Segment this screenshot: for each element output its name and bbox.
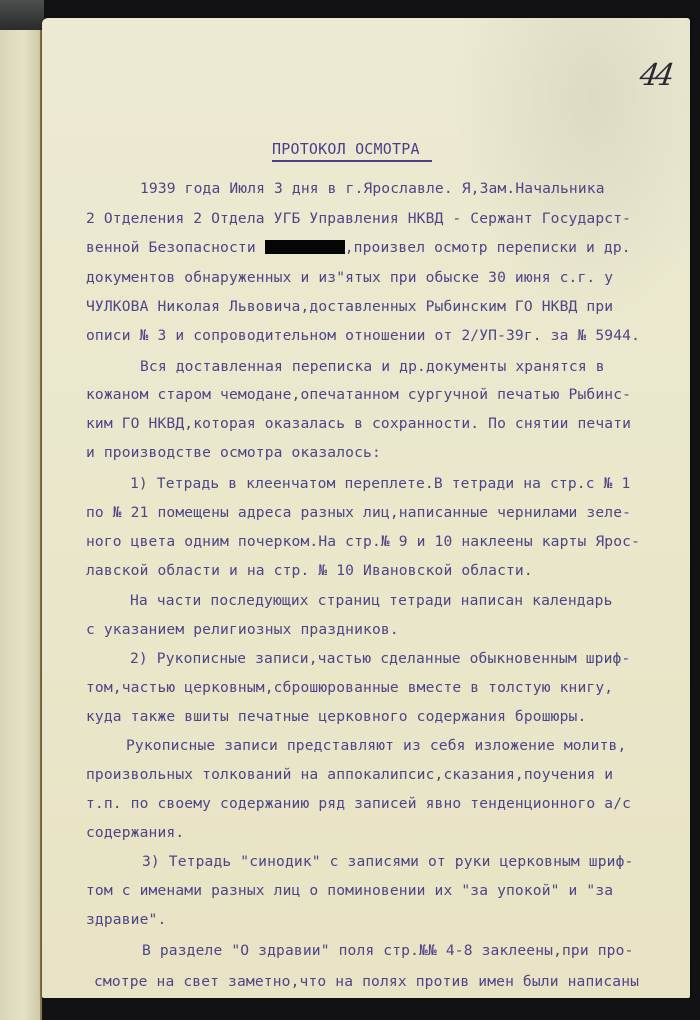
text-line: том,частью церковным,сброшюрованные вмес… — [86, 679, 613, 696]
text-line: лавской области и на стр. № 10 Ивановско… — [86, 562, 533, 579]
text-line: 2) Рукописные записи,частью сделанные об… — [130, 650, 630, 667]
text-line: ЧУЛКОВА Николая Львовича,доставленных Ры… — [86, 298, 613, 315]
folio-number: 44 — [638, 58, 673, 93]
text-line: 2 Отделения 2 Отдела УГБ Управления НКВД… — [86, 210, 631, 227]
redaction-bar — [265, 240, 345, 254]
text-line: здравие". — [86, 911, 166, 928]
text-segment: венной Безопасности — [86, 239, 265, 256]
text-line: куда также вшиты печатные церковного сод… — [86, 708, 586, 725]
text-line: документов обнаруженных и из"ятых при об… — [86, 269, 613, 286]
text-line: содержания. — [86, 824, 184, 841]
text-line: описи № 3 и сопроводительном отношении о… — [86, 327, 640, 344]
text-line: 3) Тетрадь "синодик" с записями от руки … — [142, 853, 634, 870]
text-line: с указанием религиозных праздников. — [86, 621, 399, 638]
text-line: 1939 года Июля 3 дня в г.Ярославле. Я,За… — [140, 180, 605, 197]
document-title: ПРОТОКОЛ ОСМОТРА — [272, 140, 432, 162]
text-line: Вся доставленная переписка и др.документ… — [140, 358, 605, 375]
text-line: В разделе "О здравии" поля стр.№№ 4-8 за… — [142, 942, 634, 959]
text-line: произвольных толкований на аппокалипсис,… — [86, 766, 613, 783]
text-line: по № 21 помещены адреса разных лиц,напис… — [86, 504, 631, 521]
document-page: 44 ПРОТОКОЛ ОСМОТРА 1939 года Июля 3 дня… — [42, 18, 690, 998]
text-line: и производстве осмотра оказалось: — [86, 444, 381, 461]
text-line: том с именами разных лиц о поминовении и… — [86, 882, 613, 899]
text-line: ного цвета одним почерком.На стр.№ 9 и 1… — [86, 533, 640, 550]
binding-corner — [0, 0, 44, 30]
text-line: смотре на свет заметно,что на полях прот… — [94, 973, 639, 990]
text-line: 1) Тетрадь в клеенчатом переплете.В тетр… — [130, 475, 630, 492]
text-line: венной Безопасности ,произвел осмотр пер… — [86, 239, 631, 256]
facing-page-edge — [0, 12, 42, 1020]
text-line: кожаном старом чемодане,опечатанном сург… — [86, 386, 631, 403]
text-line: На части последующих страниц тетради нап… — [130, 592, 613, 609]
text-line: т.п. по своему содержанию ряд записей яв… — [86, 795, 631, 812]
text-line: ким ГО НКВД,которая оказалась в сохранно… — [86, 415, 631, 432]
text-segment: ,произвел осмотр переписки и др. — [345, 239, 631, 256]
text-line: Рукописные записи представляют из себя и… — [126, 737, 626, 754]
